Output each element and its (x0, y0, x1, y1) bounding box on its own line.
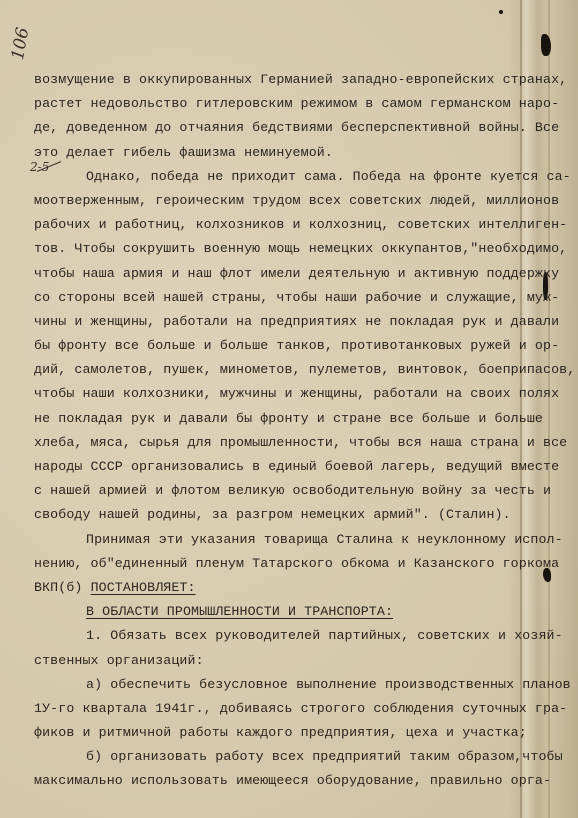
text-line-resolution: ВКП(б) ПОСТАНОВЛЯЕТ: (34, 576, 564, 600)
text-line: дий, самолетов, пушек, минометов, пулеме… (34, 358, 564, 382)
text-line: с нашей армией и флотом великую освободи… (34, 479, 564, 503)
text-line: 1. Обязать всех руководителей партийных,… (34, 624, 564, 648)
ink-dot (499, 10, 503, 14)
text-line: свободу нашей родины, за разгром немецки… (34, 503, 564, 527)
text-line: не покладая рук и давали бы фронту и стр… (34, 407, 564, 431)
text-line: возмущение в оккупированных Германией за… (34, 68, 564, 92)
text-line: Принимая эти указания товарища Сталина к… (34, 528, 564, 552)
party-abbrev: ВКП(б) (34, 580, 91, 595)
text-line: это делает гибель фашизма неминуемой. (34, 141, 564, 165)
text-line: моотверженным, героическим трудом всех с… (34, 189, 564, 213)
text-line: бы фронту все больше и больше танков, пр… (34, 334, 564, 358)
text-line: растет недовольство гитлеровским режимом… (34, 92, 564, 116)
text-line: Однако, победа не приходит сама. Победа … (34, 165, 564, 189)
text-line: чтобы наши колхозники, мужчины и женщины… (34, 382, 564, 406)
text-line: народы СССР организовались в единый боев… (34, 455, 564, 479)
text-line: нению, об"единенный пленум Татарского об… (34, 552, 564, 576)
text-line: хлеба, мяса, сырья для промышленности, ч… (34, 431, 564, 455)
text-line: чтобы наша армия и наш флот имели деятел… (34, 262, 564, 286)
text-line: де, доведенном до отчаяния бедствиями бе… (34, 116, 564, 140)
text-line: со стороны всей нашей страны, чтобы наши… (34, 286, 564, 310)
text-line: фиков и ритмичной работы каждого предпри… (34, 721, 564, 745)
typewritten-text-body: возмущение в оккупированных Германией за… (34, 68, 564, 794)
text-line: чины и женщины, работали на предприятиях… (34, 310, 564, 334)
ink-stain (541, 34, 551, 56)
text-line: тов. Чтобы сокрушить военную мощь немецк… (34, 237, 564, 261)
text-line: рабочих и работниц, колхозников и колхоз… (34, 213, 564, 237)
text-line: а) обеспечить безусловное выполнение про… (34, 673, 564, 697)
section-heading: В ОБЛАСТИ ПРОМЫШЛЕННОСТИ И ТРАНСПОРТА: (34, 600, 564, 624)
resolution-heading: ПОСТАНОВЛЯЕТ: (91, 580, 196, 595)
text-line: б) организовать работу всех предприятий … (34, 745, 564, 769)
text-line: ственных организаций: (34, 649, 564, 673)
text-line: 1У-го квартала 1941г., добиваясь строгог… (34, 697, 564, 721)
text-line: максимально использовать имеющееся обору… (34, 769, 564, 793)
